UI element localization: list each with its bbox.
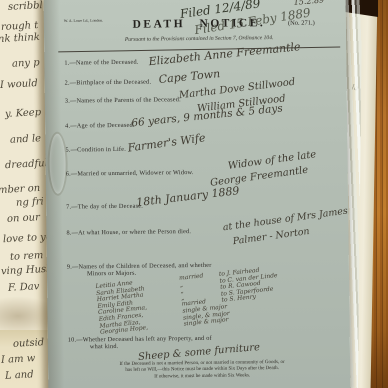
field-label-10: 10.—Whether Deceased has left any Proper… <box>68 335 212 344</box>
death-notice-form: Filed 12/4/89 Filed 15 Feby 1889 15.2.89… <box>44 0 351 388</box>
field-text: —Name of the Deceased. <box>69 59 138 67</box>
field-label-9: 9.—Names of the Children of Deceased, an… <box>67 262 212 271</box>
manuscript-fragment: I am w <box>1 353 36 366</box>
field-label-5: 5.—Condition in Life. <box>65 146 126 154</box>
manuscript-fragment: on our <box>7 212 40 225</box>
answer-death-date: 18th January 1889 <box>136 184 240 209</box>
manuscript-fragment: ng fri <box>16 196 44 208</box>
manuscript-fragment: y. Keep <box>5 107 42 120</box>
manuscript-fragment: I would <box>0 78 38 91</box>
manuscript-fragment: and le <box>10 133 42 146</box>
field-text: —At what House, or where the Person died… <box>72 228 192 236</box>
manuscript-fragment: dreadfull <box>5 158 52 171</box>
field-text: —Condition in Life. <box>71 146 126 154</box>
field-label-8: 8.—At what House, or where the Person di… <box>66 228 191 237</box>
field-label-7: 7.—The day of the Decease. <box>66 203 143 211</box>
field-text: —Names of the Parents of the Deceased. <box>70 96 181 104</box>
manuscript-fragment: nk think <box>0 32 40 45</box>
embossed-seal <box>47 132 68 196</box>
field-text: —Age of the Deceased. <box>70 122 134 130</box>
field-label-3: 3.—Names of the Parents of the Deceased. <box>65 96 181 104</box>
manuscript-fragment: outsid <box>13 337 45 350</box>
field-text: —Birthplace of the Deceased. <box>70 79 152 87</box>
manuscript-fragment: rough t <box>1 20 39 33</box>
field-text: —The day of the Decease. <box>71 203 143 211</box>
manuscript-fragment: to rem <box>10 250 44 263</box>
scanned-death-notice: { "annotations": { "filed_1": "Filed 12/… <box>0 0 388 388</box>
answer-name: Elizabeth Anne Freemantle <box>148 40 301 68</box>
field-text: —Married or unmarried, Widower or Widow. <box>71 169 194 177</box>
manuscript-fragment: any p <box>12 57 40 69</box>
field-label-4: 4.—Age of the Deceased. <box>65 122 135 130</box>
manuscript-fragment: scribbl <box>8 0 43 13</box>
manuscript-fragment: F. Dav <box>8 281 40 294</box>
manuscript-fragment: L and <box>5 369 34 381</box>
field-label-9b: Minors or Majors. <box>87 270 136 278</box>
field-label-1: 1.—Name of the Deceased. <box>64 59 138 67</box>
field-label-10b: what kind. <box>90 343 119 350</box>
manuscript-fragment: love to yo <box>3 232 52 246</box>
answer-birthplace: Cape Town <box>158 67 221 86</box>
field-label-2: 2.—Birthplace of the Deceased. <box>65 79 152 87</box>
manuscript-fragment: mber on <box>0 183 40 196</box>
form-footnote: If the Deceased is not a married Person,… <box>66 359 338 382</box>
field-text: —Whether Deceased has left any Property,… <box>76 335 212 344</box>
field-label-6: 6.—Married or unmarried, Widower or Wido… <box>66 169 194 178</box>
answer-condition: Farmer's Wife <box>127 131 206 154</box>
manuscript-fragment: ving Husb <box>1 264 53 278</box>
field-text: —Names of the Children of Deceased, and … <box>72 262 212 271</box>
form-title: DEATH NOTICE. <box>58 16 340 31</box>
